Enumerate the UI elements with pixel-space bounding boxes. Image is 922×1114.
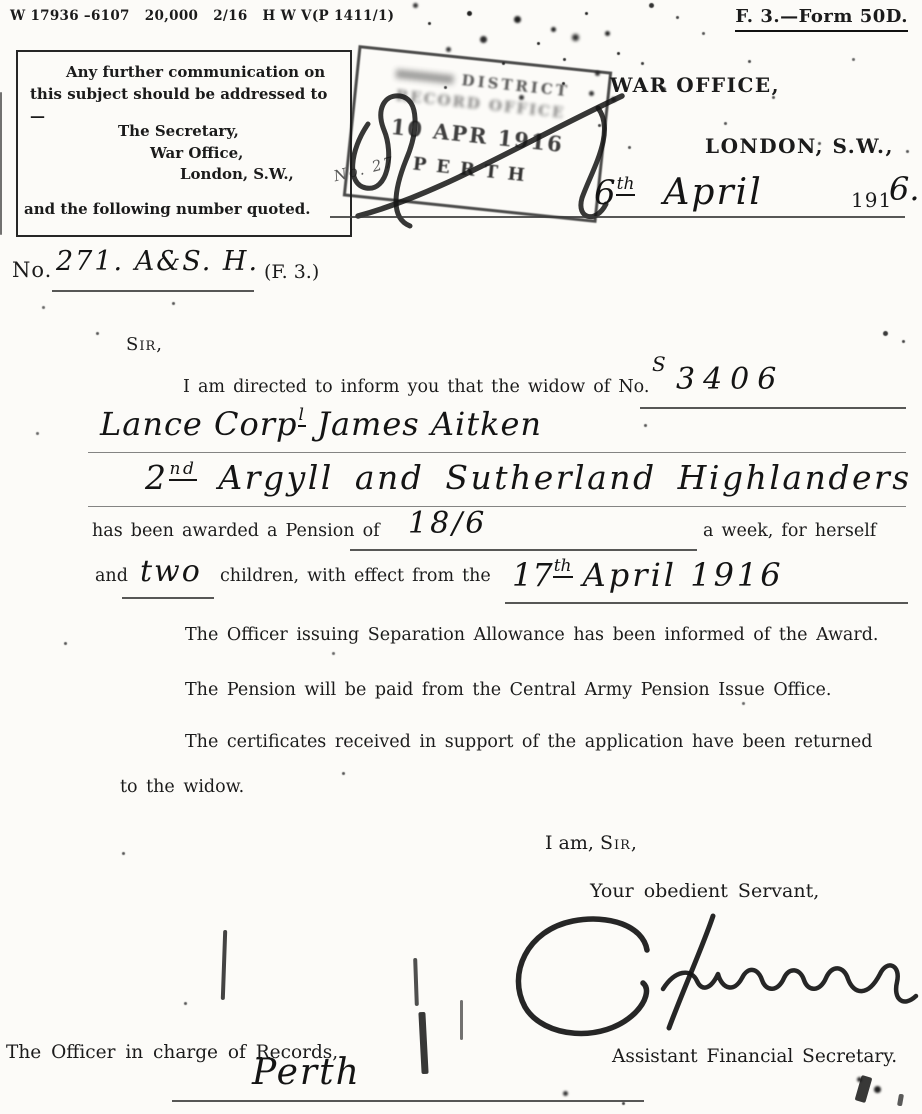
effect-ordinal: th (553, 556, 573, 578)
regimental-number-prefix: S (652, 352, 666, 376)
children-line-pre: and (95, 566, 128, 586)
salutation: Sir, (126, 334, 163, 355)
form-reference: F. 3.—Form 50D. (735, 6, 908, 32)
address-box-line: Any further communication on this subjec… (30, 62, 336, 127)
effect-date: 17th April 1916 (512, 556, 784, 594)
address-box-line: and the following number quoted. (24, 200, 310, 218)
effect-underline (505, 602, 908, 604)
reference-label: No. (12, 258, 52, 282)
ink-streak (418, 1012, 428, 1074)
closing-iam-sir: Sir, (600, 832, 638, 854)
pension-line-pre: has been awarded a Pension of (92, 521, 380, 541)
soldier-name-rank-sup: l (298, 405, 306, 427)
address-box: Any further communication on this subjec… (16, 50, 352, 237)
signer-title: Assistant Financial Secretary. (612, 1046, 897, 1067)
ink-streak (460, 1000, 463, 1040)
soldier-name-rank: Lance Corp (100, 405, 298, 443)
children-underline (122, 597, 214, 599)
location-underline (172, 1100, 644, 1102)
regiment-number: 2 (145, 458, 169, 497)
closing-servant: Your obedient Servant, (590, 880, 819, 902)
closing-iam-pre: I am, (545, 832, 594, 854)
ink-streak (413, 958, 419, 1006)
regiment-underline (88, 506, 906, 507)
para-certificates-1: The certificates received in support of … (185, 732, 872, 752)
pension-amount: 18/6 (408, 506, 487, 541)
regiment-name: Argyll and Sutherland Highlanders (218, 458, 911, 497)
date-underline (330, 216, 905, 218)
ink-speckles (0, 0, 3, 3)
ink-streak (855, 1075, 873, 1103)
regno-underline (640, 407, 906, 409)
reference-suffix: (F. 3.) (264, 261, 319, 283)
date-year-handwritten: 6. (889, 170, 920, 208)
name-underline (88, 452, 906, 453)
printer-imprint: W 17936 –6107 20,000 2/16 H W V(P 1411/1… (10, 8, 394, 24)
regiment-line: 2nd Argyll and Sutherland Highlanders (145, 458, 912, 497)
regiment-number-sup: nd (169, 459, 198, 481)
address-box-line: The Secretary, (118, 122, 239, 140)
ink-streak (897, 1094, 904, 1107)
date-day: 6 (594, 173, 616, 213)
para-separation-allowance: The Officer issuing Separation Allowance… (185, 625, 879, 645)
letterhead-city: LONDON, S.W., (705, 134, 894, 158)
date-year-printed: 191 (851, 188, 892, 212)
letterhead-office: WAR OFFICE, (610, 73, 780, 97)
footer-location: Perth (252, 1052, 361, 1093)
body-line1: I am directed to inform you that the wid… (183, 377, 649, 397)
para-certificates-2: to the widow. (120, 777, 244, 797)
children-line-post: children, with effect from the (220, 566, 491, 586)
pension-line-post: a week, for herself (703, 521, 876, 541)
reference-value: 271. A&S. H. (56, 246, 259, 277)
para-pension-office: The Pension will be paid from the Centra… (185, 680, 831, 700)
signature-harris (505, 912, 920, 1047)
effect-month-year: April 1916 (583, 556, 784, 594)
scan-edge-line (0, 92, 2, 235)
ink-streak (221, 930, 227, 1000)
date-ordinal: th (616, 174, 636, 196)
reference-underline (52, 290, 254, 292)
address-box-line: War Office, (150, 144, 243, 162)
date-line: 6thApril (594, 172, 763, 213)
effect-day: 17 (512, 556, 553, 594)
children-count: two (140, 554, 202, 589)
closing-iam: I am, Sir, (545, 832, 638, 854)
regimental-number: 3406 (676, 362, 784, 397)
date-month: April (663, 172, 762, 213)
soldier-name-line: Lance Corpl James Aitken (100, 405, 542, 443)
letter-page: W 17936 –6107 20,000 2/16 H W V(P 1411/1… (0, 0, 922, 1114)
soldier-name: James Aitken (317, 405, 542, 443)
address-box-line: London, S.W., (180, 165, 294, 183)
pension-underline (350, 549, 697, 551)
